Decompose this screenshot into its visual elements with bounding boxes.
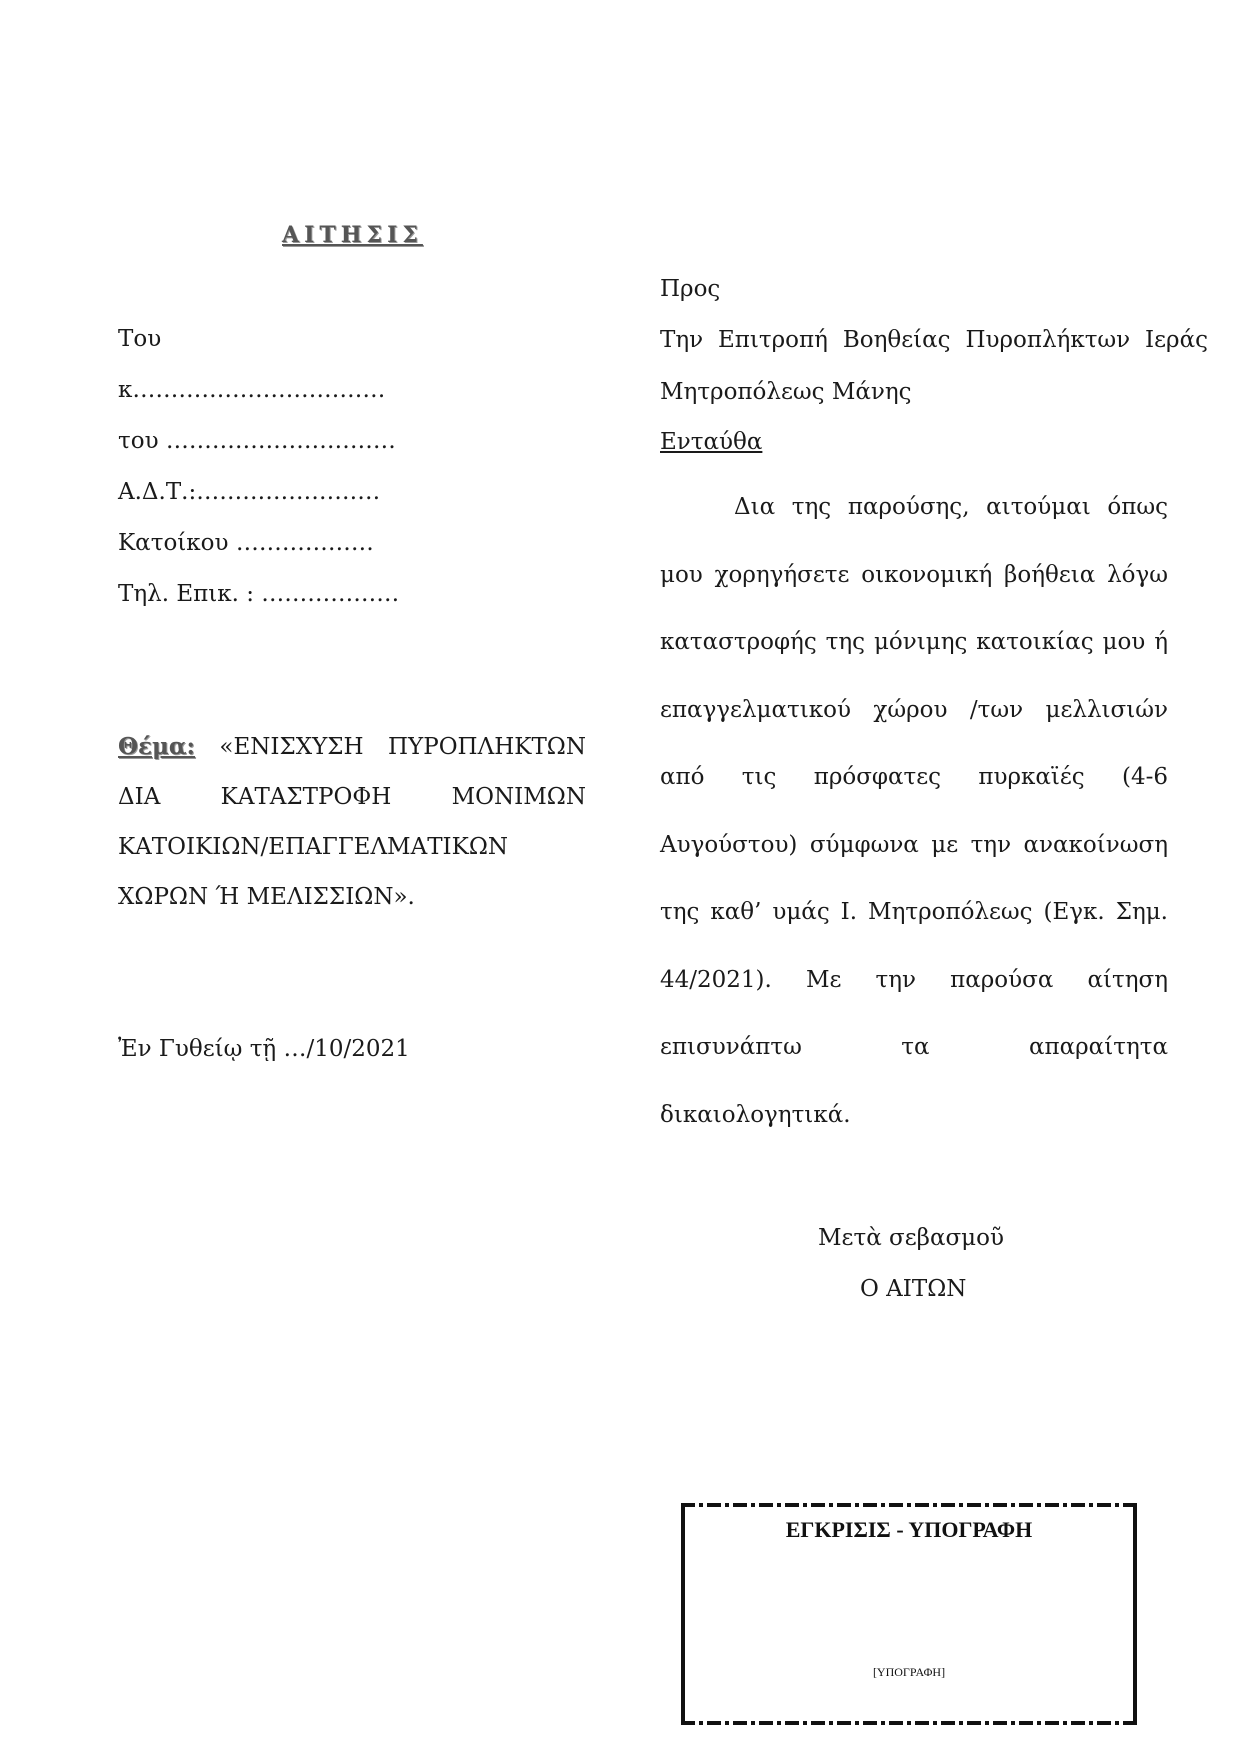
request-body-text: Δια της παρούσης, αιτούμαι όπως μου χορη… (660, 474, 1168, 1149)
subject-label: Θέμα: (118, 733, 195, 760)
recipient-pros: Προς (660, 275, 720, 303)
applicant-id-field: Α.Δ.Τ.:…………………… (118, 478, 380, 506)
applicant-father-field: του ………………………… (118, 427, 396, 455)
approval-signature-box: ΕΓΚΡΙΣΙΣ - ΥΠΟΓΡΑΦΗ [ΥΠΟΓΡΑΦΗ] (681, 1503, 1137, 1725)
recipient-line2: Μητροπόλεως Μάνης (660, 378, 912, 406)
recipient-location: Ενταύθα (660, 428, 762, 456)
approval-box-title: ΕΓΚΡΙΣΙΣ - ΥΠΟΓΡΑΦΗ (685, 1517, 1133, 1543)
signature-placeholder: [ΥΠΟΓΡΑΦΗ] (685, 1665, 1133, 1680)
applicant-name-field: κ…………………………… (118, 376, 385, 404)
document-title: ΑΙΤΗΣΙΣ (282, 222, 423, 248)
subject-block: Θέμα: «ΕΝΙΣΧΥΣΗ ΠΥΡΟΠΛΗΚΤΩΝ ΔΙΑ ΚΑΤΑΣΤΡΟ… (118, 722, 586, 922)
request-body: Δια της παρούσης, αιτούμαι όπως μου χορη… (660, 474, 1168, 1149)
applicant-tou: Του (118, 325, 161, 353)
closing-salutation: Μετὰ σεβασμοῦ (818, 1225, 1004, 1251)
signer-label: Ο ΑΙΤΩΝ (860, 1276, 966, 1302)
recipient-line1: Την Επιτροπή Βοηθείας Πυροπλήκτων Ιεράς (660, 327, 1208, 353)
applicant-phone-field: Τηλ. Επικ. : ……………… (118, 580, 399, 608)
subject-text: «ΕΝΙΣΧΥΣΗ ΠΥΡΟΠΛΗΚΤΩΝ ΔΙΑ ΚΑΤΑΣΤΡΟΦΗ ΜΟΝ… (118, 734, 586, 910)
date-line: Ἐν Γυθείῳ τῇ …/10/2021 (118, 1036, 410, 1062)
applicant-residence-field: Κατοίκου ……………… (118, 529, 374, 557)
